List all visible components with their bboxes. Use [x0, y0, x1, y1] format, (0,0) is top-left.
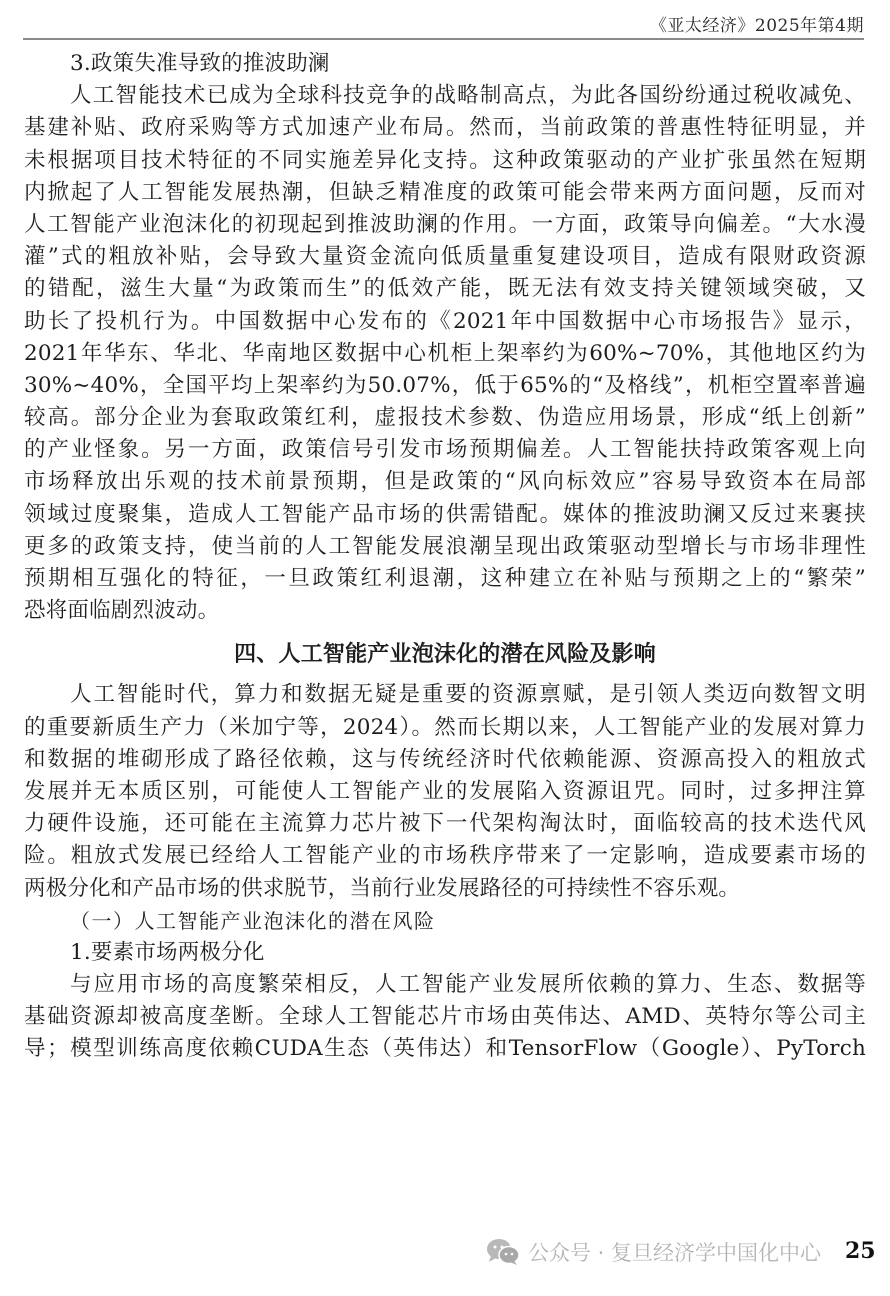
text-line: 更多的政策支持，使当前的人工智能发展浪潮呈现出政策驱动型增长与市场非理性 — [24, 531, 866, 563]
text-line: 灌”式的粗放补贴，会导致大量资金流向低质量重复建设项目，造成有限财政资源 — [24, 241, 866, 273]
text-line: 的错配，滋生大量“为政策而生”的低效产能，既无法有效支持关键领域突破，又 — [24, 273, 866, 305]
paragraph-factor-market: 与应用市场的高度繁荣相反，人工智能产业发展所依赖的算力、生态、数据等 基础资源却… — [24, 969, 866, 1066]
text-line: 助长了投机行为。中国数据中心发布的《2021年中国数据中心市场报告》显示， — [24, 306, 866, 338]
text-line: 未根据项目技术特征的不同实施差异化支持。这种政策驱动的产业扩张虽然在短期 — [24, 145, 866, 177]
text-line: 两极分化和产品市场的供求脱节，当前行业发展路径的可持续性不容乐观。 — [24, 873, 866, 905]
subheading: 3.政策失准导致的推波助澜 — [24, 48, 866, 80]
text-line: 预期相互强化的特征，一旦政策红利退潮，这种建立在补贴与预期之上的“繁荣” — [24, 563, 866, 595]
text-line: 人工智能时代，算力和数据无疑是重要的资源禀赋，是引领人类迈向数智文明 — [24, 679, 866, 711]
journal-title: 《亚太经济》2025年第4期 — [650, 11, 864, 36]
text-line: 险。粗放式发展已经给人工智能产业的市场秩序带来了一定影响，造成要素市场的 — [24, 840, 866, 872]
text-line: 基建补贴、政府采购等方式加速产业布局。然而，当前政策的普惠性特征明显，并 — [24, 112, 866, 144]
text-line: 领域过度聚集，造成人工智能产品市场的供需错配。媒体的推波助澜又反过来裹挟 — [24, 499, 866, 531]
watermark-text: 公众号 · 复旦经济学中国化中心 — [528, 1237, 821, 1267]
text-line: 恐将面临剧烈波动。 — [24, 595, 866, 627]
text-line: 导；模型训练高度依赖CUDA生态（英伟达）和TensorFlow（Google）… — [24, 1033, 866, 1065]
text-line: 2021年华东、华北、华南地区数据中心机柜上架率约为60%~70%，其他地区约为 — [24, 338, 866, 370]
text-line: 人工智能技术已成为全球科技竞争的战略制高点，为此各国纷纷通过税收减免、 — [24, 80, 866, 112]
text-line: 人工智能产业泡沫化的初现起到推波助澜的作用。一方面，政策导向偏差。“大水漫 — [24, 209, 866, 241]
section-heading: 四、人工智能产业泡沫化的潜在风险及影响 — [24, 629, 866, 679]
paragraph-policy: 人工智能技术已成为全球科技竞争的战略制高点，为此各国纷纷通过税收减免、 基建补贴… — [24, 80, 866, 627]
text-line: 较高。部分企业为套取政策红利，虚报技术参数、伪造应用场景，形成“纸上创新” — [24, 402, 866, 434]
text-line: 30%~40%，全国平均上架率约为50.07%，低于65%的“及格线”，机柜空置… — [24, 370, 866, 402]
text-line: 市场释放出乐观的技术前景预期，但是政策的“风向标效应”容易导致资本在局部 — [24, 466, 866, 498]
text-line: 与应用市场的高度繁荣相反，人工智能产业发展所依赖的算力、生态、数据等 — [24, 969, 866, 1001]
subsection-heading: （一）人工智能产业泡沫化的潜在风险 — [24, 905, 866, 937]
wechat-icon — [486, 1238, 520, 1266]
text-line: 的重要新质生产力（米加宁等，2024）。然而长期以来，人工智能产业的发展对算力 — [24, 712, 866, 744]
text-line: 内掀起了人工智能发展热潮，但缺乏精准度的政策可能会带来两方面问题，反而对 — [24, 177, 866, 209]
text-line: 和数据的堆砌形成了路径依赖，这与传统经济时代依赖能源、资源高投入的粗放式 — [24, 744, 866, 776]
article-body: 3.政策失准导致的推波助澜 人工智能技术已成为全球科技竞争的战略制高点，为此各国… — [24, 48, 866, 1066]
running-header: 《亚太经济》2025年第4期 — [23, 6, 864, 40]
text-line: 力硬件设施，还可能在主流算力芯片被下一代架构淘汰时，面临较高的技术迭代风 — [24, 808, 866, 840]
text-line: 基础资源却被高度垄断。全球人工智能芯片市场由英伟达、AMD、英特尔等公司主 — [24, 1001, 866, 1033]
watermark: 公众号 · 复旦经济学中国化中心 — [486, 1232, 821, 1272]
paragraph-intro: 人工智能时代，算力和数据无疑是重要的资源禀赋，是引领人类迈向数智文明 的重要新质… — [24, 679, 866, 904]
text-line: 的产业怪象。另一方面，政策信号引发市场预期偏差。人工智能扶持政策客观上向 — [24, 434, 866, 466]
page-number: 25 — [845, 1238, 876, 1264]
subheading: 1.要素市场两极分化 — [24, 937, 866, 969]
text-line: 发展并无本质区别，可能使人工智能产业的发展陷入资源诅咒。同时，过多押注算 — [24, 776, 866, 808]
